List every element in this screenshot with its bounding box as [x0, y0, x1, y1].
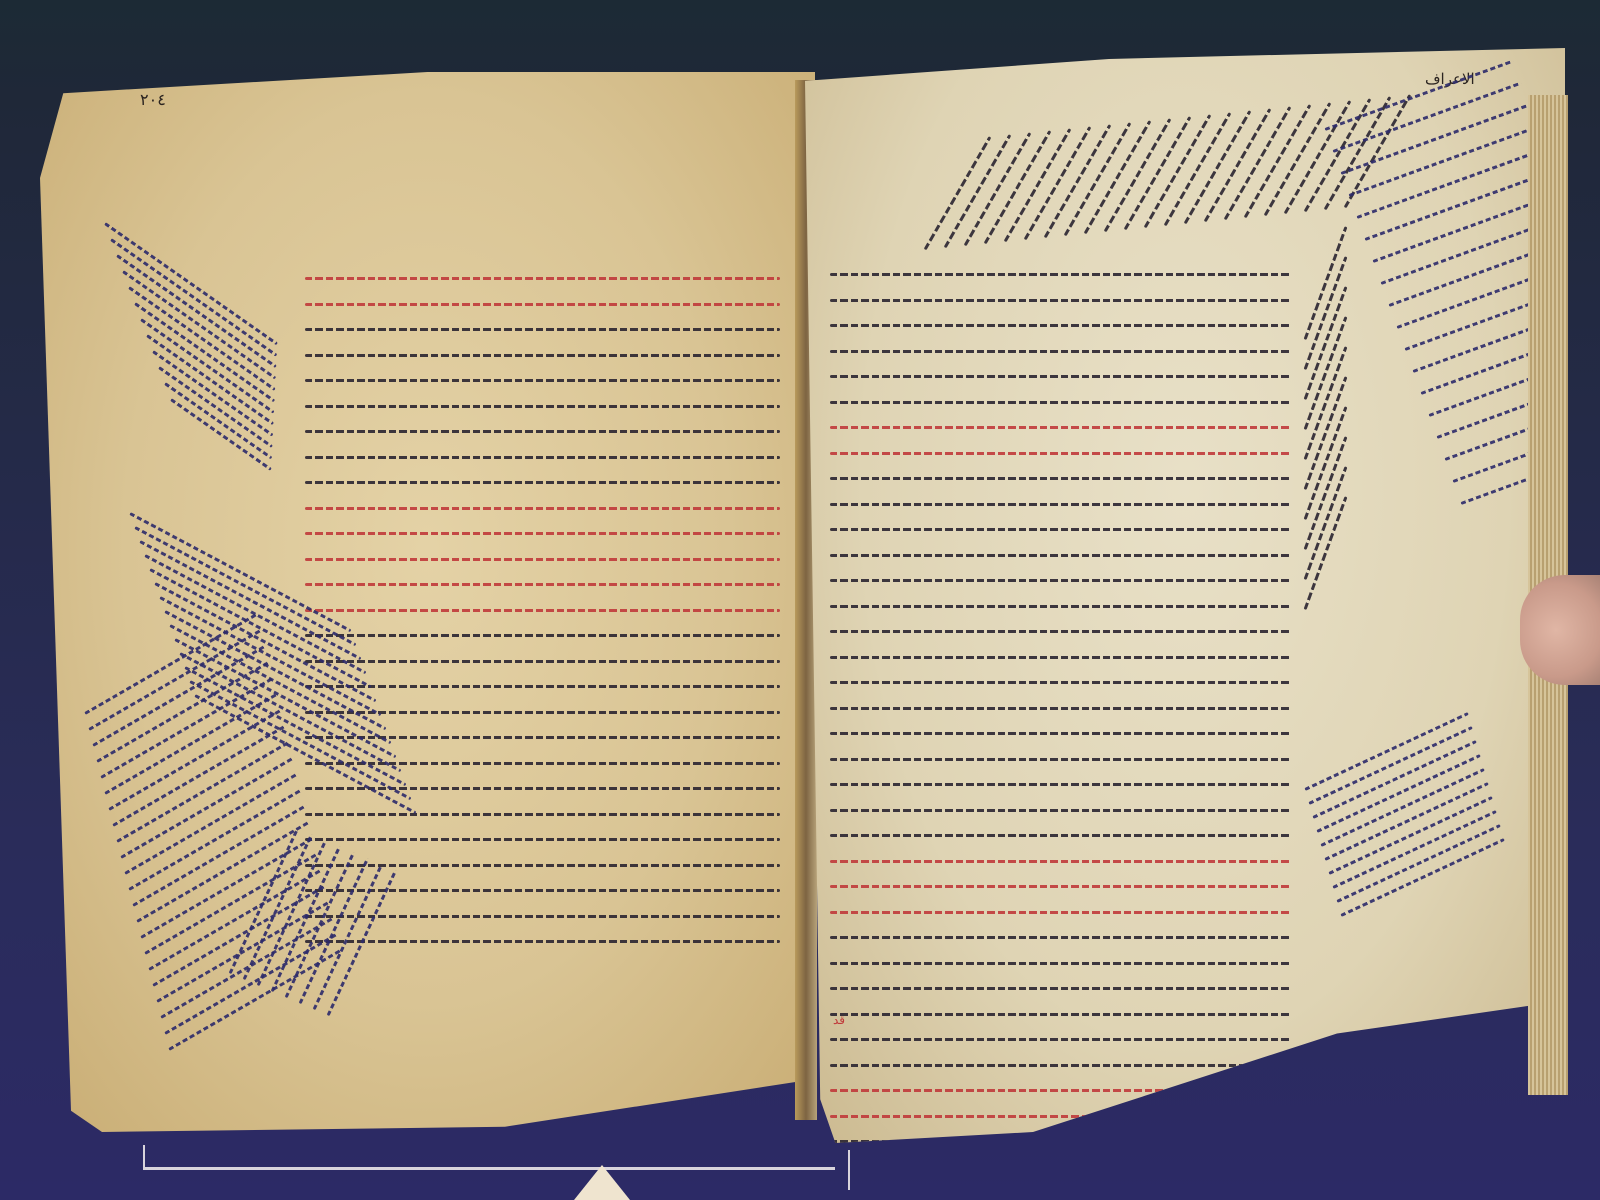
text-line: [134, 526, 356, 646]
text-line: [1328, 796, 1492, 875]
text-line: [1164, 112, 1232, 226]
text-line: [1316, 754, 1480, 833]
text-line: [830, 962, 1290, 965]
text-line: [305, 583, 780, 586]
text-line: [1312, 740, 1476, 819]
text-line: [1024, 126, 1092, 240]
text-line: [924, 136, 992, 250]
display-frame-line: [143, 1145, 835, 1170]
display-triangle: [570, 1165, 634, 1200]
text-line: [830, 911, 1290, 914]
text-line: [830, 1064, 1290, 1067]
text-line: [129, 512, 351, 632]
text-line: [830, 273, 1290, 276]
text-line: [305, 813, 780, 816]
text-line: [1124, 116, 1192, 230]
text-line: [830, 299, 1290, 302]
text-line: [305, 456, 780, 459]
text-line: [1184, 110, 1252, 224]
text-line: [830, 732, 1290, 735]
text-line: [305, 660, 780, 663]
text-line: [305, 328, 780, 331]
text-line: [305, 354, 780, 357]
text-line: [830, 834, 1290, 837]
text-line: [830, 426, 1290, 429]
left-page: ٢٠٤: [40, 72, 815, 1132]
text-line: [305, 303, 780, 306]
text-line: [116, 254, 277, 368]
text-line: [830, 1013, 1290, 1016]
thumb: [1520, 575, 1600, 685]
text-line: [830, 656, 1290, 659]
text-line: [146, 334, 274, 425]
text-line: [1204, 108, 1272, 222]
text-line: [305, 277, 780, 280]
text-line: [830, 987, 1290, 990]
text-line: [305, 481, 780, 484]
text-line: [305, 379, 780, 382]
text-line: [830, 375, 1290, 378]
text-line: [104, 222, 278, 345]
text-line: [1104, 118, 1172, 232]
text-line: [164, 382, 272, 459]
text-line: [305, 685, 780, 688]
text-line: [1324, 782, 1488, 861]
text-line: [830, 1140, 1290, 1143]
text-line: [830, 605, 1290, 608]
text-line: [830, 1089, 1290, 1092]
text-line: [830, 528, 1290, 531]
text-line: [1224, 106, 1292, 220]
text-line: [305, 507, 780, 510]
text-line: [1308, 726, 1472, 805]
text-line: [305, 532, 780, 535]
text-line: [964, 132, 1032, 246]
text-line: [305, 558, 780, 561]
catchword: قد: [833, 1013, 845, 1027]
text-line: [984, 130, 1052, 244]
text-line: [830, 783, 1290, 786]
text-line: [830, 401, 1290, 404]
text-line: [944, 134, 1012, 248]
text-line: [305, 864, 780, 867]
text-line: [305, 838, 780, 841]
text-line: [305, 405, 780, 408]
text-line: [1144, 114, 1212, 228]
text-line: [830, 936, 1290, 939]
text-line: [1264, 102, 1332, 216]
text-line: [830, 350, 1290, 353]
text-line: [1304, 436, 1348, 550]
text-line: [1304, 466, 1348, 580]
manuscript-photo: ٢٠٤ الاعراف قد: [0, 0, 1600, 1200]
text-line: [1044, 124, 1112, 238]
text-line: [830, 1115, 1290, 1118]
text-line: [110, 238, 277, 356]
text-line: [1320, 768, 1484, 847]
text-line: [305, 430, 780, 433]
text-line: [1332, 810, 1496, 889]
text-line: [830, 630, 1290, 633]
text-line: [830, 809, 1290, 812]
folio-number: ٢٠٤: [140, 90, 166, 109]
text-line: [830, 681, 1290, 684]
text-line: [830, 707, 1290, 710]
text-line: [305, 889, 780, 892]
text-line: [1284, 100, 1352, 214]
text-line: [830, 477, 1290, 480]
right-page: الاعراف قد: [805, 48, 1565, 1143]
text-line: [305, 609, 780, 612]
text-line: [305, 762, 780, 765]
text-line: [1336, 824, 1500, 903]
text-line: [830, 885, 1290, 888]
text-line: [830, 860, 1290, 863]
text-line: [830, 554, 1290, 557]
text-line: [1340, 838, 1504, 917]
text-line: [830, 452, 1290, 455]
text-line: [830, 324, 1290, 327]
text-line: [830, 1038, 1290, 1041]
text-line: [830, 579, 1290, 582]
text-line: [1084, 120, 1152, 234]
text-line: [1064, 122, 1132, 236]
text-line: [1304, 496, 1348, 610]
text-line: [830, 758, 1290, 761]
text-line: [305, 634, 780, 637]
text-line: [1304, 712, 1468, 791]
text-line: [305, 940, 780, 943]
text-line: [830, 503, 1290, 506]
text-line: [1004, 128, 1072, 242]
text-line: [1244, 104, 1312, 218]
display-frame-line: [848, 1150, 850, 1190]
